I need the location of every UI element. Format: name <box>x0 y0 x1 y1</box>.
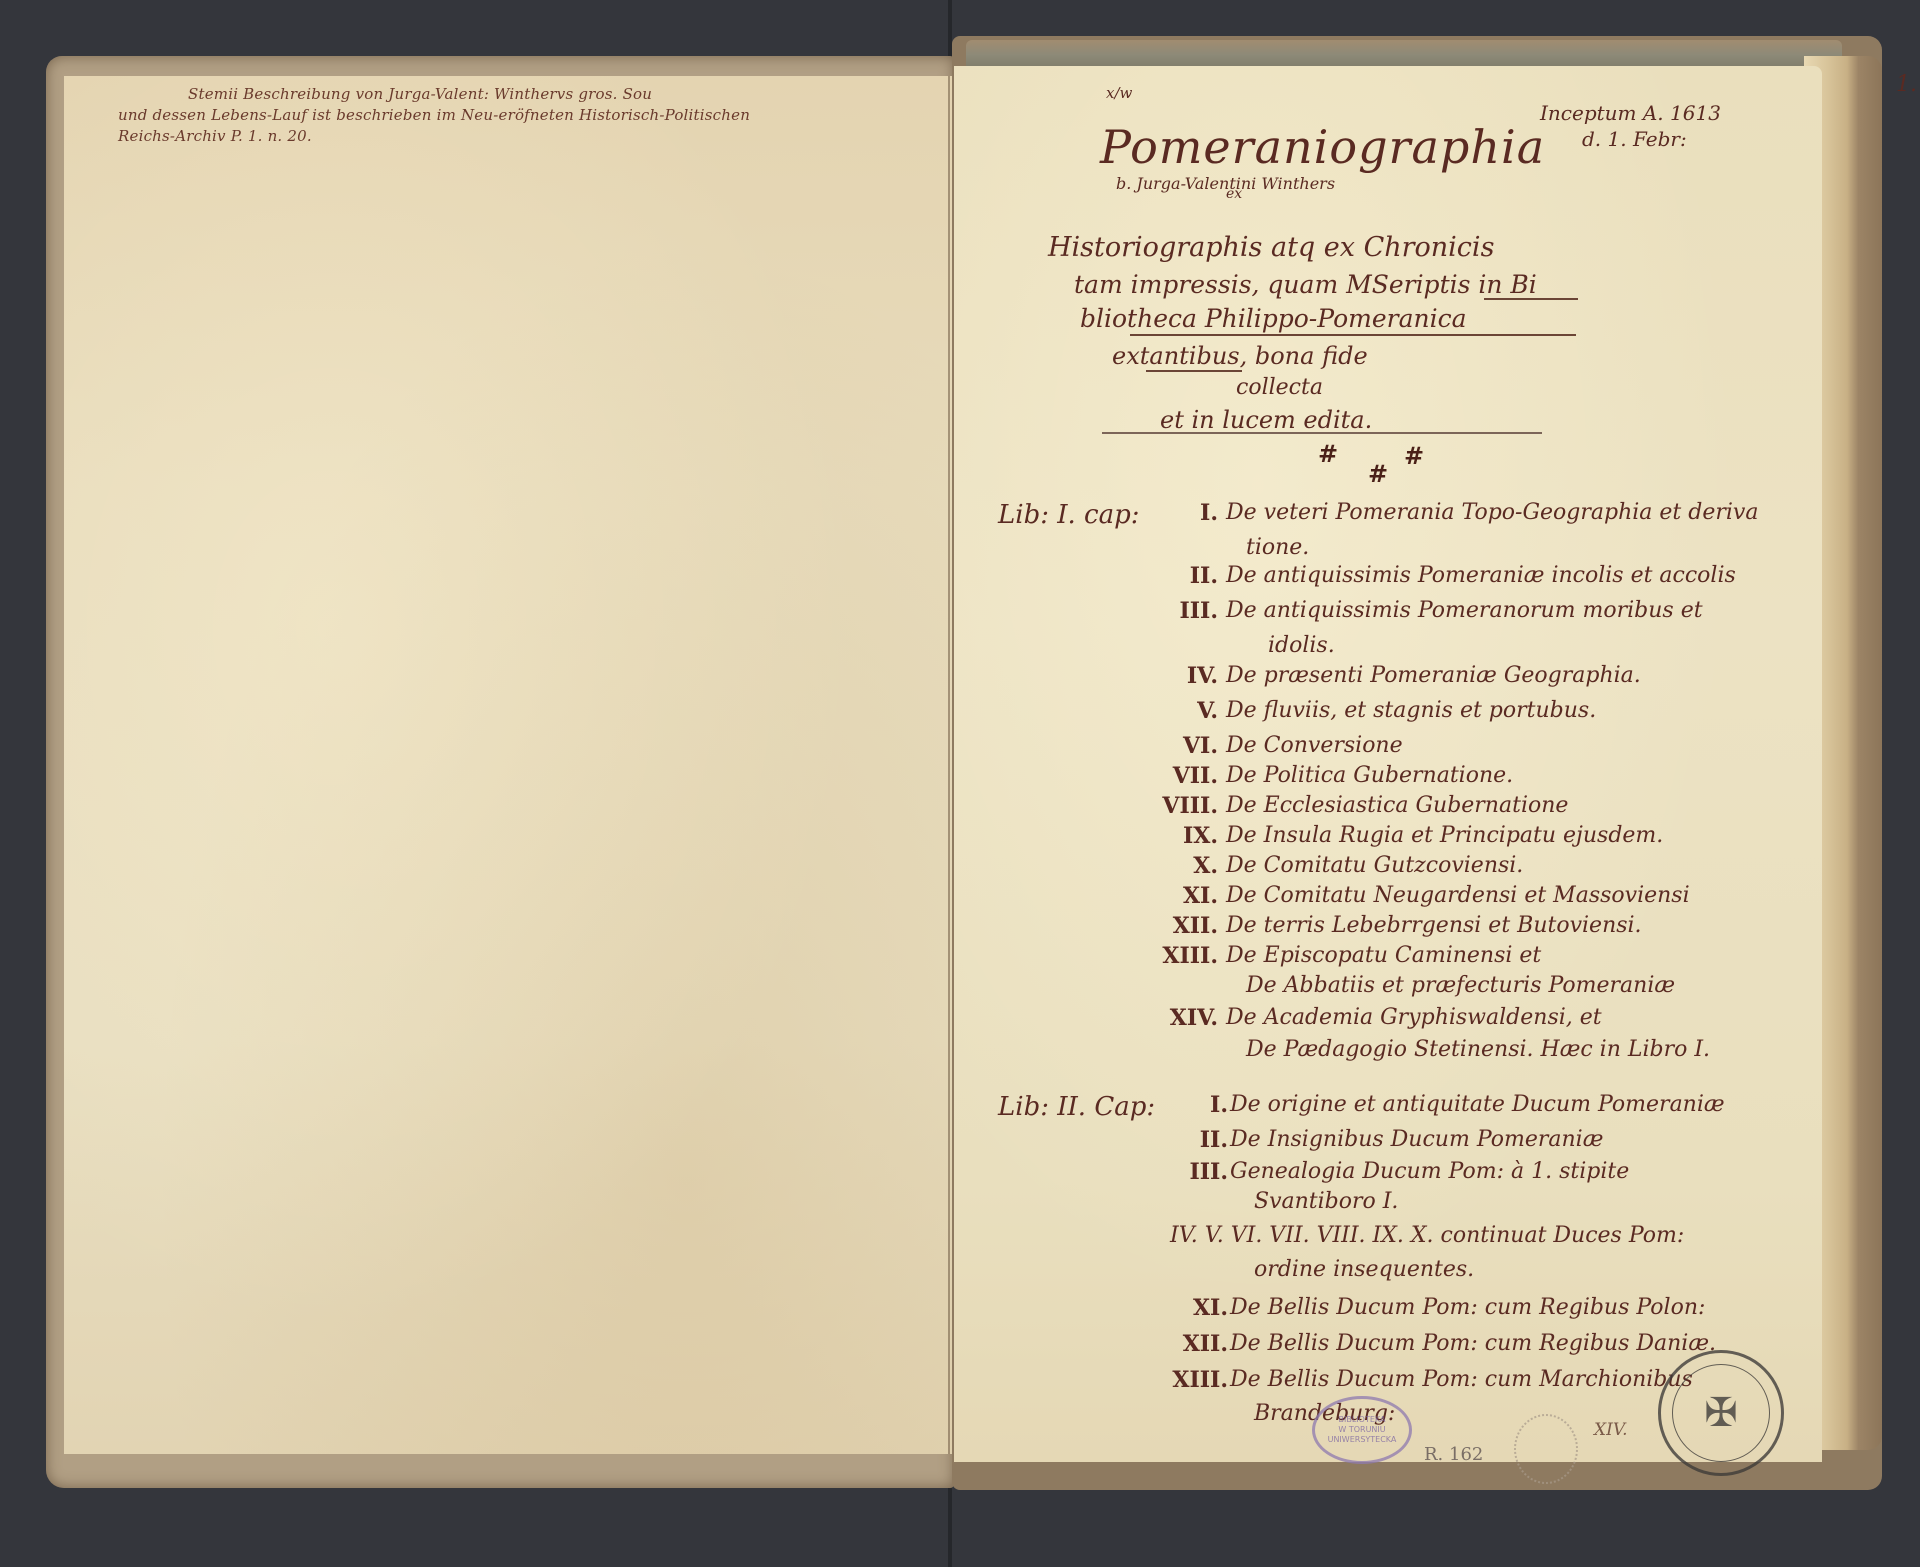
title-rule <box>1102 432 1542 434</box>
chapter-title: De Conversione <box>1226 733 1403 758</box>
chapter-title: De Episcopatu Caminensi et <box>1226 943 1541 968</box>
ornament-hash-3: # <box>1368 460 1388 488</box>
chapter-title: De veteri Pomerania Topo-Geographia et d… <box>1226 500 1758 525</box>
chapter-title: De præsenti Pomeraniæ Geographia. <box>1226 663 1641 688</box>
chapter-number: VIII. <box>1148 793 1218 819</box>
chapter-number: X. <box>1148 853 1218 879</box>
toc-row: VII. De Politica Gubernatione. <box>998 763 1778 793</box>
toc-row: ordine insequentes. <box>998 1257 1778 1295</box>
chapter-title-continued: idolis. <box>1268 633 1335 658</box>
toc-row: X. De Comitatu Gutzcoviensi. <box>998 853 1778 883</box>
chapter-range-line: IV. V. VI. VII. VIII. IX. X. continuat D… <box>1170 1223 1684 1248</box>
ornament-hash-1: # <box>1318 440 1338 468</box>
toc-row: XI. De Comitatu Neugardensi et Massovien… <box>998 883 1778 913</box>
chapter-title: De fluviis, et stagnis et portubus. <box>1226 698 1596 723</box>
inceptum-line-2: d. 1. Febr: <box>1540 126 1721 152</box>
library-stamp: BIBLIOTEKA W TORUNIU UNIWERSYTECKA <box>1312 1396 1412 1464</box>
toc-row: Lib: II. Cap: I. De origine et antiquita… <box>998 1092 1778 1127</box>
chapter-number: XII. <box>1158 1331 1228 1357</box>
book-1-contents: Lib: I. cap: I. De veteri Pomerania Topo… <box>998 500 1778 1072</box>
ex-insertion: ex <box>1226 186 1242 202</box>
folio-number: 1. <box>1896 72 1917 97</box>
toc-row: IX. De Insula Rugia et Principatu ejusde… <box>998 823 1778 853</box>
left-page-note: Stemii Beschreibung von Jurga-Valent: Wi… <box>118 84 798 147</box>
chapter-number: I. <box>1148 500 1218 526</box>
chapter-number: VI. <box>1148 733 1218 759</box>
subtitle-line-3: bliotheca Philippo-Pomeranica <box>1080 304 1466 333</box>
chapter-title: De Bellis Ducum Pom: cum Regibus Daniæ. <box>1230 1331 1716 1356</box>
chapter-title-continued: De Abbatiis et præfecturis Pomeraniæ <box>1246 973 1675 998</box>
toc-row: II. De antiquissimis Pomeraniæ incolis e… <box>998 563 1778 598</box>
toc-row: II. De Insignibus Ducum Pomeraniæ <box>998 1127 1778 1159</box>
toc-row: V. De fluviis, et stagnis et portubus. <box>998 698 1778 733</box>
chapter-title: De Bellis Ducum Pom: cum Marchionibus <box>1230 1367 1693 1392</box>
toc-row: De Pædagogio Stetinensi. Hæc in Libro I. <box>998 1037 1778 1072</box>
chapter-title-continued: De Pædagogio Stetinensi. Hæc in Libro I. <box>1246 1037 1710 1062</box>
chapter-title-continued: ordine insequentes. <box>1254 1257 1474 1282</box>
chapter-number: II. <box>1158 1127 1228 1153</box>
chapter-number: XIII. <box>1148 943 1218 969</box>
inceptum-line-1: Inceptum A. 1613 <box>1540 100 1721 126</box>
chapter-number: XIV. <box>1148 1005 1218 1031</box>
toc-row: idolis. <box>998 633 1778 663</box>
chapter-number: IV. <box>1148 663 1218 689</box>
chapter-title: De Comitatu Neugardensi et Massoviensi <box>1226 883 1690 908</box>
ornament-hash-2: # <box>1404 442 1424 470</box>
book-2-label: Lib: II. Cap: <box>998 1092 1155 1122</box>
chapter-number: III. <box>1158 1159 1228 1185</box>
subtitle-line-2: tam impressis, quam MSeriptis in Bi <box>1074 270 1537 299</box>
toc-row: VI. De Conversione <box>998 733 1778 763</box>
chapter-title: De Academia Gryphiswaldensi, et <box>1226 1005 1602 1030</box>
chapter-number: III. <box>1148 598 1218 624</box>
toc-row: XIV. De Academia Gryphiswaldensi, et <box>998 1005 1778 1037</box>
chapter-title: De antiquissimis Pomeranorum moribus et <box>1226 598 1703 623</box>
note-line-1: Stemii Beschreibung von Jurga-Valent: Wi… <box>118 84 798 105</box>
chapter-number: IX. <box>1148 823 1218 849</box>
toc-row: tione. <box>998 535 1778 563</box>
chapter-number: VII. <box>1148 763 1218 789</box>
chapter-number: XIII. <box>1158 1367 1228 1393</box>
left-page <box>46 56 954 1488</box>
subtitle-line-1: Historiographis atq ex Chronicis <box>1048 232 1494 263</box>
catchword: XIV. <box>1594 1420 1628 1440</box>
chapter-number: XI. <box>1158 1295 1228 1321</box>
chapter-title: De Comitatu Gutzcoviensi. <box>1226 853 1523 878</box>
subtitle-line-4: extantibus, bona fide <box>1112 342 1368 370</box>
chapter-title: De Politica Gubernatione. <box>1226 763 1513 788</box>
book-2-contents: Lib: II. Cap: I. De origine et antiquita… <box>998 1092 1778 1436</box>
toc-row: IV. De præsenti Pomeraniæ Geographia. <box>998 663 1778 698</box>
subtitle-line-6: et in lucem edita. <box>1160 406 1372 434</box>
toc-row: XII. De Bellis Ducum Pom: cum Regibus Da… <box>998 1331 1778 1367</box>
shelf-mark: R. 162 <box>1424 1444 1483 1465</box>
toc-row: XI. De Bellis Ducum Pom: cum Regibus Pol… <box>998 1295 1778 1331</box>
subtitle-line-5: collecta <box>1236 375 1323 400</box>
gutter-fold <box>948 76 950 1454</box>
eagle-icon: ✠ <box>1672 1364 1770 1462</box>
left-page-paper <box>64 76 954 1454</box>
library-stamp-line: BIBLIOTEKA <box>1315 1415 1409 1425</box>
chapter-number: I. <box>1158 1092 1228 1118</box>
chapter-title: De Insula Rugia et Principatu ejusdem. <box>1226 823 1663 848</box>
chapter-number: II. <box>1148 563 1218 589</box>
chapter-title-continued: Svantiboro I. <box>1254 1189 1398 1214</box>
toc-row: III. Genealogia Ducum Pom: à 1. stipite <box>998 1159 1778 1189</box>
note-line-2: und dessen Lebens-Lauf ist beschrieben i… <box>118 105 798 126</box>
chapter-number: XI. <box>1148 883 1218 909</box>
toc-row: De Abbatiis et præfecturis Pomeraniæ <box>998 973 1778 1005</box>
chapter-title-continued: tione. <box>1246 535 1309 560</box>
faint-stamp <box>1514 1414 1578 1484</box>
chapter-number: V. <box>1148 698 1218 724</box>
underline-extantibus <box>1146 370 1242 372</box>
chapter-title: De Ecclesiastica Gubernatione <box>1226 793 1568 818</box>
toc-row: XIII. De Episcopatu Caminensi et <box>998 943 1778 973</box>
toc-row: III. De antiquissimis Pomeranorum moribu… <box>998 598 1778 633</box>
toc-row: IV. V. VI. VII. VIII. IX. X. continuat D… <box>998 1223 1778 1257</box>
eagle-seal-stamp: ✠ <box>1658 1350 1784 1476</box>
toc-row: Svantiboro I. <box>998 1189 1778 1223</box>
chapter-title: De antiquissimis Pomeraniæ incolis et ac… <box>1226 563 1736 588</box>
document-title: Pomeraniographia <box>1100 120 1545 174</box>
underline-bibliotheca <box>1130 334 1576 336</box>
chapter-number: XII. <box>1148 913 1218 939</box>
chapter-title: De terris Lebebrrgensi et Butoviensi. <box>1226 913 1642 938</box>
chapter-title: De Insignibus Ducum Pomeraniæ <box>1230 1127 1603 1152</box>
inceptum-note: Inceptum A. 1613 d. 1. Febr: <box>1540 100 1721 152</box>
library-stamp-line: W TORUNIU <box>1315 1425 1409 1435</box>
chapter-title: De Bellis Ducum Pom: cum Regibus Polon: <box>1230 1295 1705 1320</box>
chapter-title: Genealogia Ducum Pom: à 1. stipite <box>1230 1159 1629 1184</box>
shelf-mark-top: x/w <box>1106 84 1132 102</box>
toc-row: Lib: I. cap: I. De veteri Pomerania Topo… <box>998 500 1778 535</box>
note-line-3: Reichs-Archiv P. 1. n. 20. <box>118 126 798 147</box>
toc-row: VIII. De Ecclesiastica Gubernatione <box>998 793 1778 823</box>
toc-row: XII. De terris Lebebrrgensi et Butoviens… <box>998 913 1778 943</box>
chapter-title: De origine et antiquitate Ducum Pomerani… <box>1230 1092 1725 1117</box>
underline-in-bi <box>1484 298 1578 300</box>
book-1-label: Lib: I. cap: <box>998 500 1140 530</box>
library-stamp-line: UNIWERSYTECKA <box>1315 1435 1409 1445</box>
